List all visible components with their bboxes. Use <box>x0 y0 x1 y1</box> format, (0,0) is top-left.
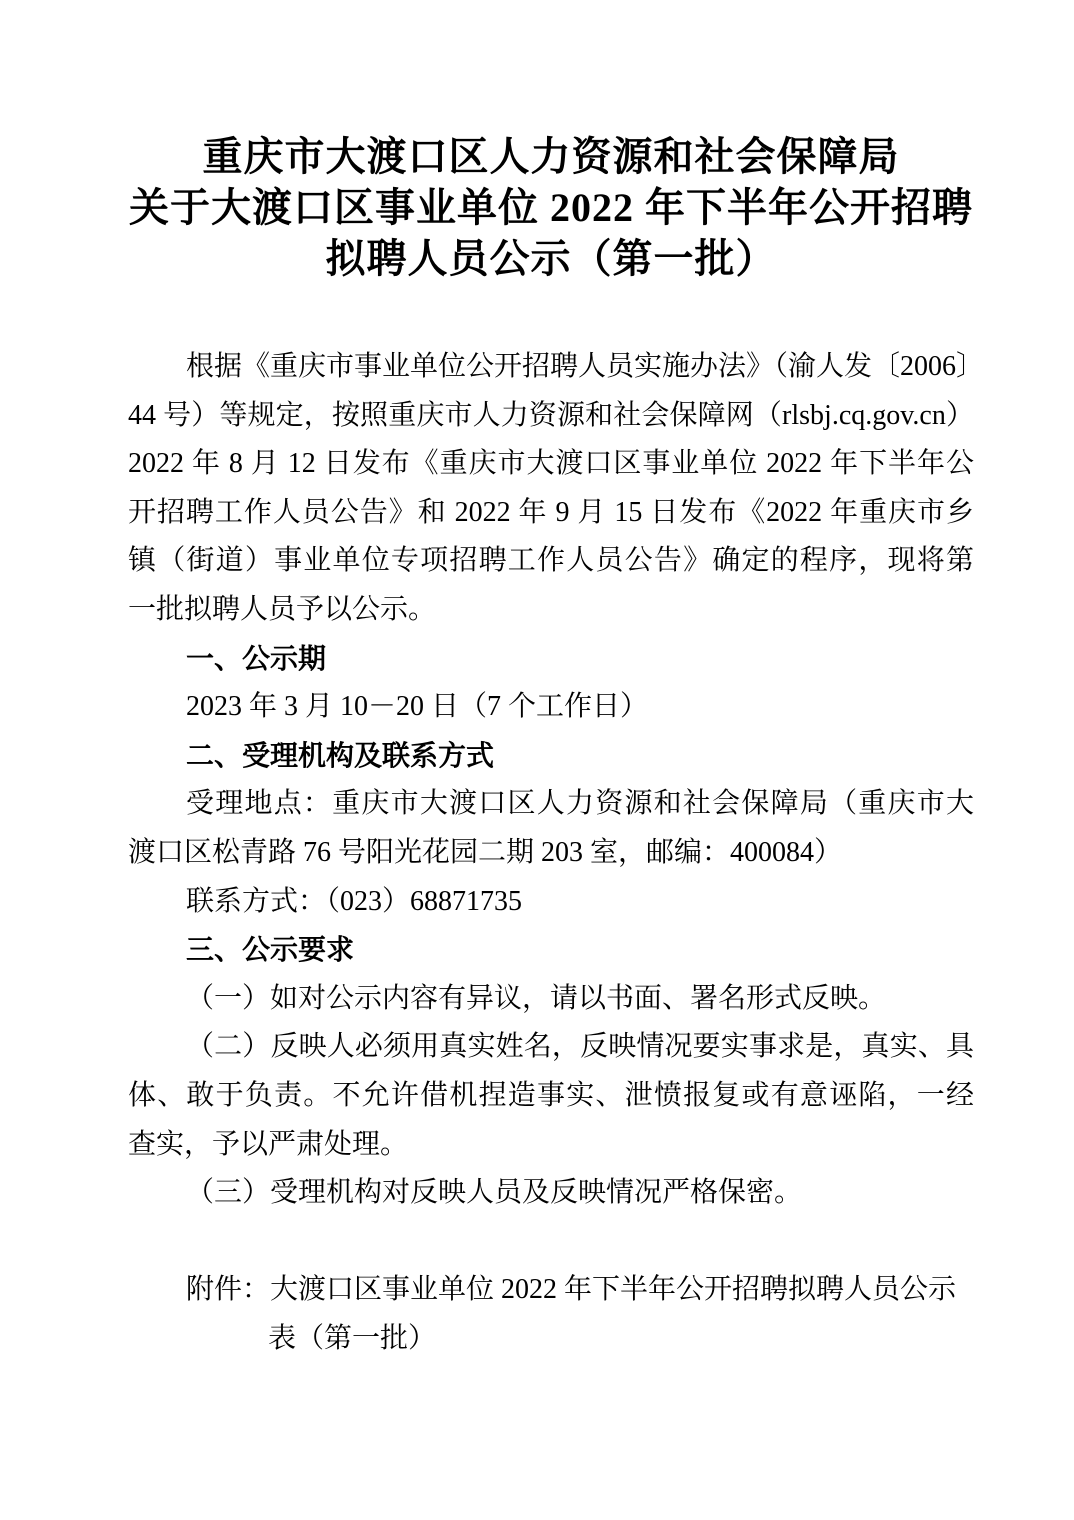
body-line: （三）受理机构对反映人员及反映情况严格保密。 <box>128 1169 974 1218</box>
body-line: 受理地点：重庆市大渡口区人力资源和社会保障局（重庆市大 <box>128 780 974 829</box>
body-line: 根据《重庆市事业单位公开招聘人员实施办法》（渝人发〔2006〕 <box>128 343 974 392</box>
attachment-line-1: 附件：大渡口区事业单位 2022 年下半年公开招聘拟聘人员公示 <box>128 1266 974 1315</box>
section-heading-1: 一、公示期 <box>128 635 974 684</box>
title-line-2: 关于大渡口区事业单位 2022 年下半年公开招聘 <box>128 182 974 233</box>
document-body: 根据《重庆市事业单位公开招聘人员实施办法》（渝人发〔2006〕 44 号）等规定… <box>128 343 974 1363</box>
body-line: 2022 年 8 月 12 日发布《重庆市大渡口区事业单位 2022 年下半年公 <box>128 440 974 489</box>
body-line: 联系方式：（023）68871735 <box>128 878 974 927</box>
body-line: 渡口区松青路 76 号阳光花园二期 203 室，邮编：400084） <box>128 829 974 878</box>
title-line-1: 重庆市大渡口区人力资源和社会保障局 <box>128 131 974 182</box>
body-line: 查实，予以严肃处理。 <box>128 1121 974 1170</box>
attachment-line-2: 表（第一批） <box>128 1315 974 1364</box>
blank-line <box>128 1218 974 1267</box>
body-line: 44 号）等规定，按照重庆市人力资源和社会保障网（rlsbj.cq.gov.cn… <box>128 392 974 441</box>
body-line: 体、敢于负责。不允许借机捏造事实、泄愤报复或有意诬陷，一经 <box>128 1072 974 1121</box>
body-line: 2023 年 3 月 10－20 日（7 个工作日） <box>128 683 974 732</box>
body-line: （一）如对公示内容有异议，请以书面、署名形式反映。 <box>128 975 974 1024</box>
body-line: （二）反映人必须用真实姓名，反映情况要实事求是，真实、具 <box>128 1023 974 1072</box>
section-heading-3: 三、公示要求 <box>128 926 974 975</box>
document-title: 重庆市大渡口区人力资源和社会保障局 关于大渡口区事业单位 2022 年下半年公开… <box>128 0 974 284</box>
body-line: 开招聘工作人员公告》和 2022 年 9 月 15 日发布《2022 年重庆市乡 <box>128 489 974 538</box>
section-heading-2: 二、受理机构及联系方式 <box>128 732 974 781</box>
title-line-3: 拟聘人员公示（第一批） <box>128 233 974 284</box>
document-page: 重庆市大渡口区人力资源和社会保障局 关于大渡口区事业单位 2022 年下半年公开… <box>0 0 1074 1520</box>
body-line: 镇（街道）事业单位专项招聘工作人员公告》确定的程序，现将第 <box>128 537 974 586</box>
body-line: 一批拟聘人员予以公示。 <box>128 586 974 635</box>
